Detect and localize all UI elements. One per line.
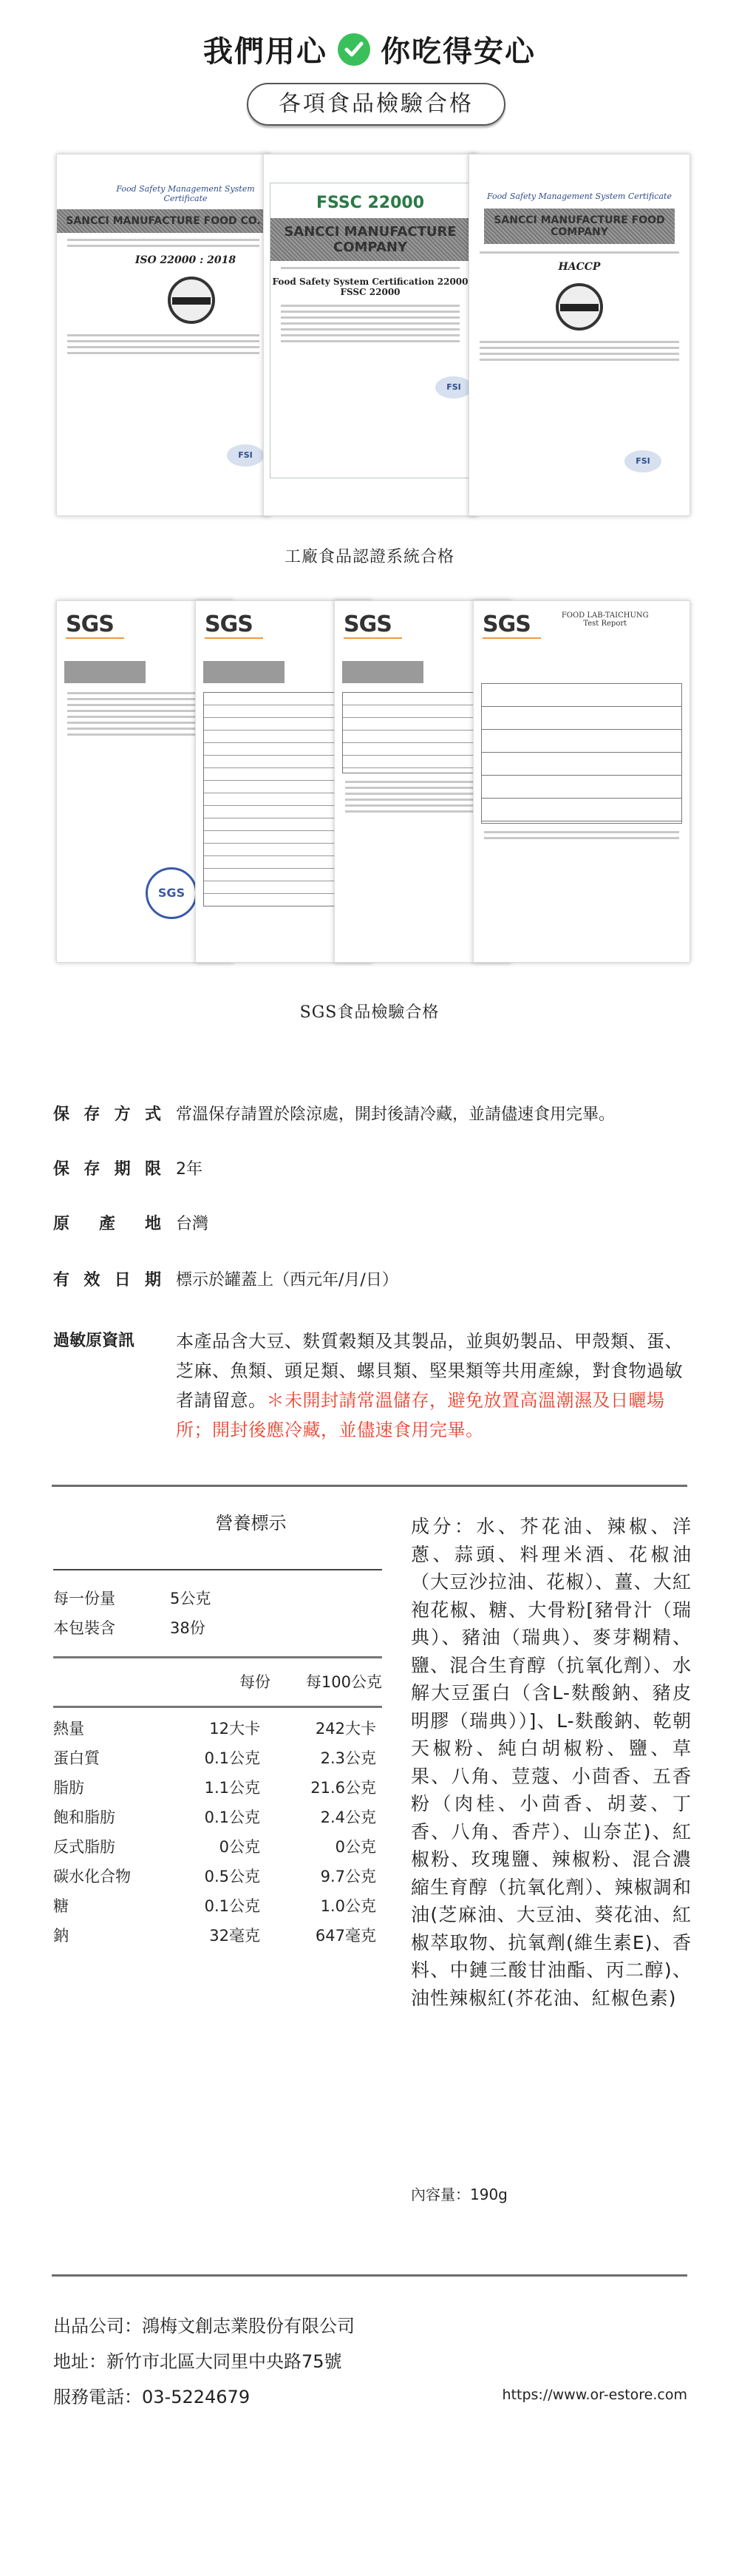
nutrition-row: 蛋白質0.1公克2.3公克 [53,1743,382,1773]
certificate-company: SANCCI MANUFACTURE COMPANY [270,218,470,261]
per-100g-header: 每100公克 [270,1667,382,1697]
sgs-logo: SGS [205,611,263,639]
nutrition-row: 飽和脂肪0.1公克2.4公克 [53,1803,382,1832]
nutrition-facts: 營養標示 每一份量5公克 本包裝含38份 每份 每100公克 熱量12大卡242… [53,1508,382,1950]
nutrition-row: 脂肪1.1公克21.6公克 [53,1773,382,1803]
nutrition-row: 糖0.1公克1.0公克 [53,1891,382,1921]
check-circle-icon [338,33,370,66]
shelf-life-row: 保存期限 2年 [53,1155,689,1184]
shelf-life-value: 2年 [176,1155,689,1184]
nutrition-row: 熱量12大卡242大卡 [53,1714,382,1743]
hero-title-right: 你吃得安心 [381,28,536,70]
certificate-company: SANCCI MANUFACTURE FOOD COMPANY [484,209,675,244]
haccp-certificate: Food Safety Management System Certificat… [469,154,690,516]
lab-name: FOOD LAB-TAICHUNG [562,611,649,620]
sgs-reports-collage: SGS SGS SGS SGS SGS FOOD LAB-TAICHUNG Te… [56,600,690,970]
per-serving-header: 每份 [192,1667,270,1697]
certificate-heading: Food Safety Management System Certificat… [57,184,270,203]
storage-method-value: 常溫保存請置於陰涼處，開封後請冷藏，並請儘速食用完畢。 [176,1100,689,1130]
factory-certificates-caption: 工廠食品認證系統合格 [0,544,739,567]
allergen-label: 過敏原資訊 [53,1326,176,1445]
fssc-logo: FSSC 22000 [270,194,470,212]
expiry-date-label: 有效日期 [53,1266,176,1295]
certificate-standard: Food Safety System Certification 22000 F… [270,277,470,297]
hero-title-left: 我們用心 [203,28,327,70]
fssc-22000-certificate: FSSC 22000 SANCCI MANUFACTURE COMPANY Fo… [263,154,477,516]
allergen-value: 本產品含大豆、麩質穀類及其製品，並與奶製品、甲殼類、蛋、芝麻、魚類、頭足類、螺貝… [176,1326,689,1445]
origin-row: 原產地 台灣 [53,1210,689,1239]
origin-value: 台灣 [176,1210,689,1239]
website-link[interactable]: https://www.or-estore.com [503,2387,687,2403]
service-phone: 服務電話：03-5224679 [53,2382,250,2408]
address: 地址：新竹市北區大同里中央路75號 [53,2347,342,2373]
storage-method-label: 保存方式 [53,1100,176,1130]
allergen-row: 過敏原資訊 本產品含大豆、麩質穀類及其製品，並與奶製品、甲殼類、蛋、芝麻、魚類、… [53,1326,689,1445]
origin-label: 原產地 [53,1210,176,1239]
sgs-logo: SGS [344,611,402,639]
iso-22000-certificate: Food Safety Management System Certificat… [56,154,270,516]
factory-certificates-collage: Food Safety Management System Certificat… [56,154,690,516]
certificate-heading: Food Safety Management System Certificat… [469,191,689,201]
hero-title: 我們用心 你吃得安心 [0,28,739,70]
nutrition-title: 營養標示 [120,1508,382,1538]
nutrition-row: 碳水化合物0.5公克9.7公克 [53,1862,382,1891]
fsi-logo-icon: FSI [227,444,264,467]
fsi-logo-icon: FSI [435,376,472,399]
nutrition-column-headers: 每份 每100公克 [53,1658,382,1706]
section-divider [52,1485,687,1487]
sgs-logo: SGS [483,611,541,639]
expiry-date-value: 標示於罐蓋上（西元年/月/日） [176,1266,689,1295]
certificate-company: SANCCI MANUFACTURE FOOD CO. [57,209,270,233]
certificate-standard: ISO 22000 : 2018 [57,254,270,266]
serving-size-row: 每一份量5公克 [53,1584,382,1613]
haccp-seal-icon [556,283,603,331]
net-content: 內容量：190g [411,2183,508,2204]
expiry-date-row: 有效日期 標示於罐蓋上（西元年/月/日） [53,1266,689,1295]
certificate-standard: HACCP [469,261,689,273]
sgs-report-page-4: SGS FOOD LAB-TAICHUNG Test Report [473,600,690,963]
sgs-stamp-icon: SGS [146,867,197,919]
nutrition-row: 反式脂肪0公克0公克 [53,1832,382,1862]
fsi-logo-icon: FSI [624,450,661,472]
report-title: Test Report [562,620,649,628]
servings-per-package-row: 本包裝含38份 [53,1613,382,1643]
nutrition-row: 鈉32毫克647毫克 [53,1921,382,1950]
ingredients-list: 成分：水、芥花油、辣椒、洋蔥、蒜頭、料理米酒、花椒油（大豆沙拉油、花椒）、薑、大… [411,1513,692,2012]
iso-seal-icon [168,277,215,324]
sgs-logo: SGS [66,611,124,639]
sgs-certificates-caption: SGS食品檢驗合格 [0,1000,739,1023]
section-divider [52,2274,687,2277]
storage-method-row: 保存方式 常溫保存請置於陰涼處，開封後請冷藏，並請儘速食用完畢。 [53,1100,689,1130]
shelf-life-label: 保存期限 [53,1155,176,1184]
manufacturer: 出品公司：鴻梅文創志業股份有限公司 [53,2311,355,2337]
inspection-passed-badge: 各項食品檢驗合格 [247,83,505,126]
